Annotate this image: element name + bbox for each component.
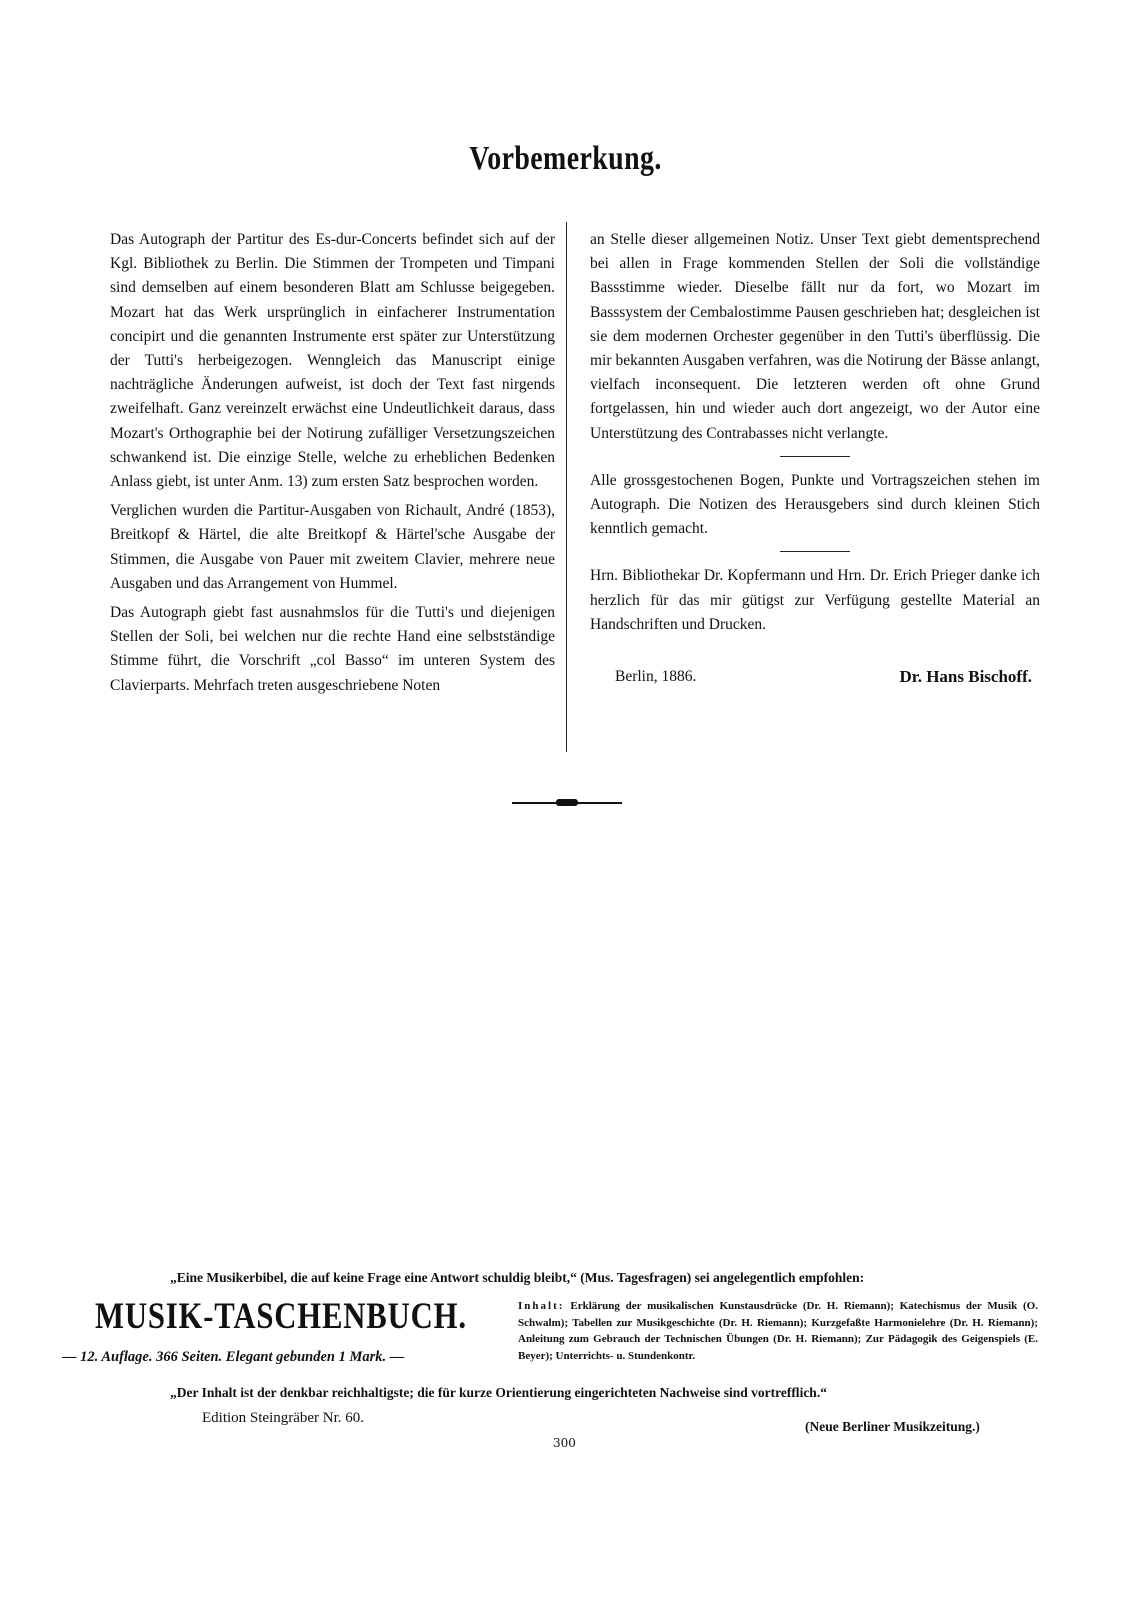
paragraph-col-basso: Das Autograph giebt fast ausnahmslos für… bbox=[110, 601, 555, 698]
column-divider bbox=[566, 222, 567, 752]
left-column: Das Autograph der Partitur des Es-dur-Co… bbox=[110, 228, 555, 703]
right-column: an Stelle dieser allgemeinen Notiz. Unse… bbox=[590, 228, 1040, 689]
ad-quote-top: „Eine Musikerbibel, die auf keine Frage … bbox=[170, 1270, 864, 1286]
ad-contents-label: Inhalt: bbox=[518, 1300, 564, 1312]
ad-source: (Neue Berliner Musikzeitung.) bbox=[805, 1419, 980, 1435]
ad-quote-bottom: „Der Inhalt ist der denkbar reichhaltigs… bbox=[170, 1385, 827, 1401]
signature-row: Berlin, 1886. Dr. Hans Bischoff. bbox=[590, 665, 1040, 689]
section-rule bbox=[780, 551, 850, 552]
author-signature: Dr. Hans Bischoff. bbox=[899, 665, 1032, 689]
ad-contents-text: Erklärung der musikalischen Kunstausdrüc… bbox=[518, 1300, 1038, 1362]
place-date: Berlin, 1886. bbox=[615, 665, 696, 689]
section-rule bbox=[780, 456, 850, 457]
ad-subtitle: — 12. Auflage. 366 Seiten. Elegant gebun… bbox=[62, 1349, 404, 1366]
paragraph-acknowledgements: Hrn. Bibliothekar Dr. Kopfermann und Hrn… bbox=[590, 564, 1040, 637]
ad-contents: Inhalt:Erklärung der musikalischen Kunst… bbox=[518, 1298, 1038, 1364]
paragraph-markings: Alle grossgestochenen Bogen, Punkte und … bbox=[590, 469, 1040, 542]
page-number: 300 bbox=[553, 1436, 576, 1450]
page-title: Vorbemerkung. bbox=[102, 140, 1029, 178]
ornament-center-icon bbox=[556, 799, 578, 806]
ad-title: MUSIK-TASCHENBUCH. bbox=[95, 1295, 467, 1338]
paragraph-bass-notes: an Stelle dieser allgemeinen Notiz. Unse… bbox=[590, 228, 1040, 446]
paragraph-editions-compared: Verglichen wurden die Partitur-Ausgaben … bbox=[110, 499, 555, 596]
paragraph-autograph: Das Autograph der Partitur des Es-dur-Co… bbox=[110, 228, 555, 494]
ad-edition: Edition Steingräber Nr. 60. bbox=[202, 1410, 364, 1427]
